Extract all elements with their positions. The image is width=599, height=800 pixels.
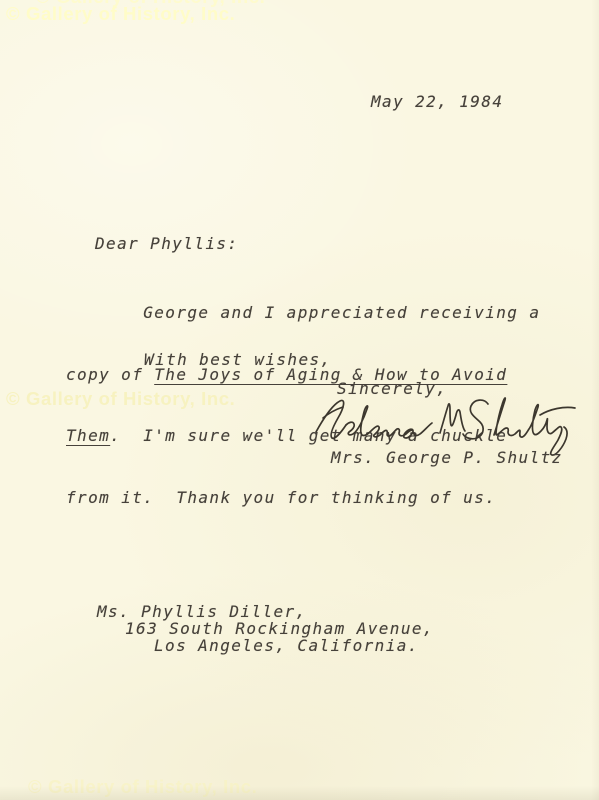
typed-sender-name: Mrs. George P. Shultz — [331, 448, 563, 469]
letter-scan: © Gallery of History, Inc. © Gallery of … — [0, 0, 599, 800]
closing-line: With best wishes, — [144, 350, 332, 371]
recipient-street: 163 South Rockingham Avenue, — [125, 620, 434, 637]
body-line-1: George and I appreciated receiving a — [66, 303, 540, 324]
watermark-top: © Gallery of History, Inc. — [6, 3, 235, 25]
salutation: Dear Phyllis: — [95, 234, 238, 255]
body-line-2-text: copy of — [66, 365, 154, 384]
book-title-underlined-continued: Them — [66, 426, 110, 445]
letter-date: May 22, 1984 — [371, 92, 503, 113]
recipient-name: Ms. Phyllis Diller, — [97, 603, 307, 620]
body-line-4: from it. Thank you for thinking of us. — [66, 488, 540, 509]
paper-edge-shade-bottom — [0, 786, 599, 800]
paper-edge-shade-right — [591, 0, 599, 800]
recipient-city: Los Angeles, California. — [154, 637, 419, 654]
